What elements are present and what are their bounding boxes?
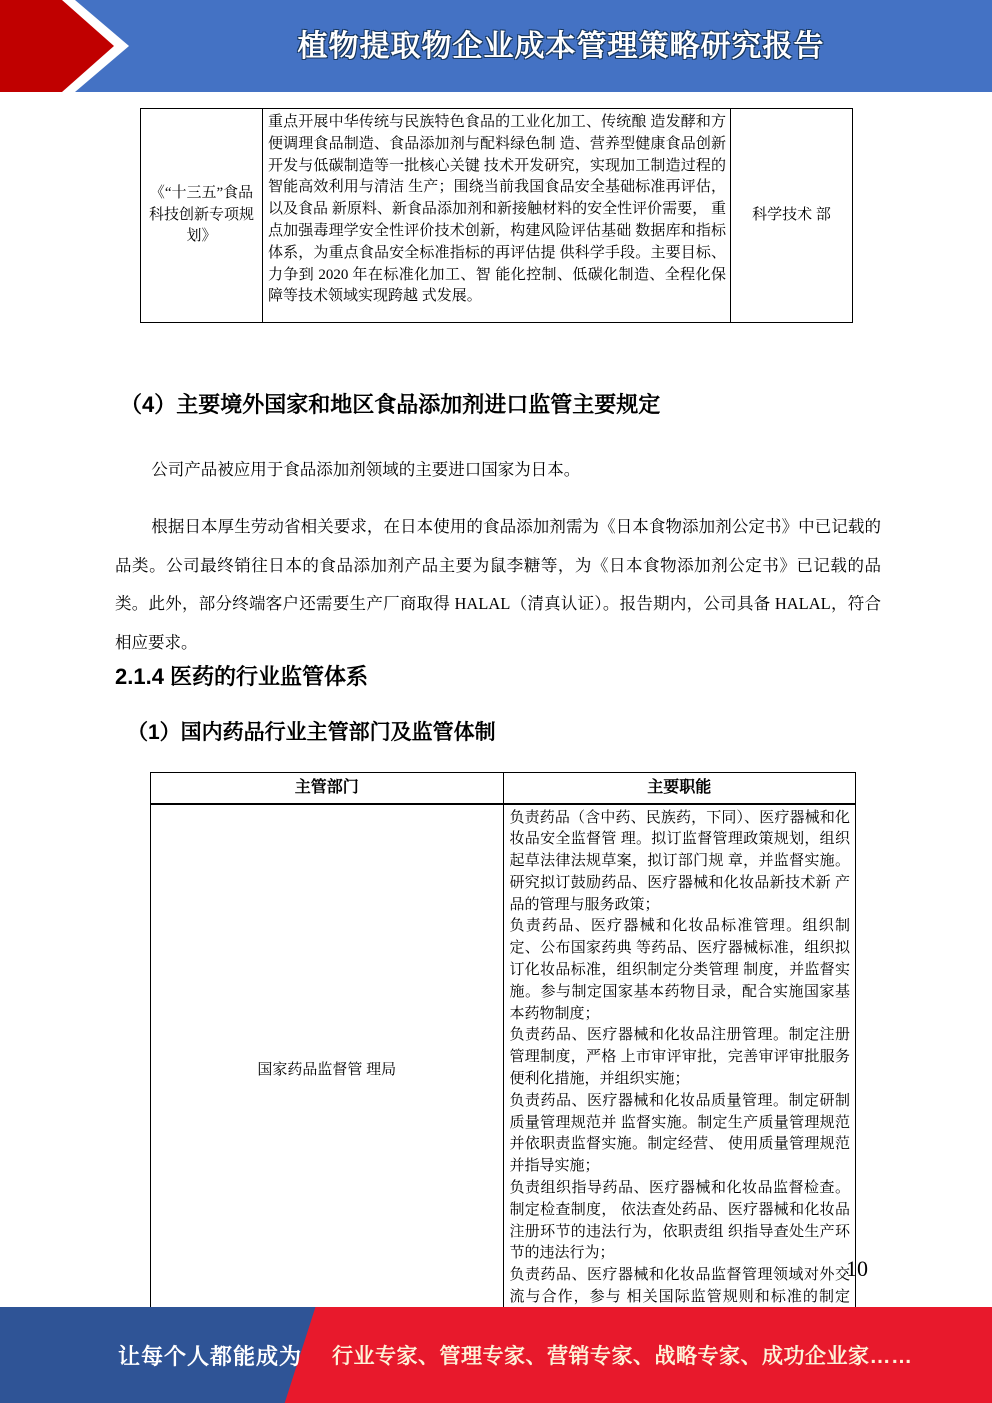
header-banner: 植物提取物企业成本管理策略研究报告 bbox=[0, 0, 992, 92]
policy-agency-cell: 科学技术 部 bbox=[731, 109, 853, 323]
footer-slogan-left: 让每个人都能成为 bbox=[118, 1307, 302, 1403]
report-page: 植物提取物企业成本管理策略研究报告 《“十三五”食品科技创新专项规划》 重点开展… bbox=[0, 0, 992, 1403]
footer-slogan-right: 行业专家、管理专家、营销专家、战略专家、成功企业家…… bbox=[332, 1307, 913, 1403]
regulator-table: 主管部门 主要职能 国家药品监督管 理局 负责药品（含中药、民族药，下同）、医疗… bbox=[150, 772, 856, 1338]
section-heading-214: 2.1.4 医药的行业监管体系 bbox=[115, 660, 368, 691]
duty-item: 负责药品、医疗器械和化妆品标准管理。组织制定、公布国家药典 等药品、医疗器械标准… bbox=[510, 916, 851, 1025]
policy-table: 《“十三五”食品科技创新专项规划》 重点开展中华传统与民族特色食品的工业化加工、… bbox=[140, 108, 853, 323]
column-header-duties: 主要职能 bbox=[503, 773, 856, 804]
table-row: 《“十三五”食品科技创新专项规划》 重点开展中华传统与民族特色食品的工业化加工、… bbox=[141, 109, 853, 323]
paragraph-japan-import: 公司产品被应用于食品添加剂领域的主要进口国家为日本。 bbox=[115, 456, 881, 480]
duty-item: 负责组织指导药品、医疗器械和化妆品监督检查。制定检查制度， 依法查处药品、医疗器… bbox=[510, 1178, 851, 1265]
policy-name-cell: 《“十三五”食品科技创新专项规划》 bbox=[141, 109, 263, 323]
report-title: 植物提取物企业成本管理策略研究报告 bbox=[130, 0, 992, 86]
table-header-row: 主管部门 主要职能 bbox=[151, 773, 856, 804]
policy-content-cell: 重点开展中华传统与民族特色食品的工业化加工、传统酿 造发酵和方便调理食品制造、食… bbox=[263, 109, 731, 323]
column-header-department: 主管部门 bbox=[151, 773, 504, 804]
red-arrow-icon bbox=[0, 0, 120, 92]
page-number: 10 bbox=[846, 1256, 868, 1282]
section-heading-4: （4）主要境外国家和地区食品添加剂进口监管主要规定 bbox=[120, 388, 660, 419]
duty-item: 负责药品（含中药、民族药，下同）、医疗器械和化妆品安全监督管 理。拟订监督管理政… bbox=[510, 808, 851, 917]
section-heading-1: （1）国内药品行业主管部门及监管体制 bbox=[127, 716, 496, 746]
table-row: 国家药品监督管 理局 负责药品（含中药、民族药，下同）、医疗器械和化妆品安全监督… bbox=[151, 804, 856, 1338]
paragraph-halal: 根据日本厚生劳动省相关要求，在日本使用的食品添加剂需为《日本食物添加剂公定书》中… bbox=[115, 508, 881, 662]
footer-banner: 让每个人都能成为 行业专家、管理专家、营销专家、战略专家、成功企业家…… bbox=[0, 1307, 992, 1403]
duty-item: 负责药品、医疗器械和化妆品质量管理。制定研制质量管理规范并 监督实施。制定生产质… bbox=[510, 1091, 851, 1178]
duty-item: 负责药品、医疗器械和化妆品注册管理。制定注册管理制度，严格 上市审评审批，完善审… bbox=[510, 1025, 851, 1090]
department-cell: 国家药品监督管 理局 bbox=[151, 804, 504, 1338]
duties-cell: 负责药品（含中药、民族药，下同）、医疗器械和化妆品安全监督管 理。拟订监督管理政… bbox=[503, 804, 856, 1338]
